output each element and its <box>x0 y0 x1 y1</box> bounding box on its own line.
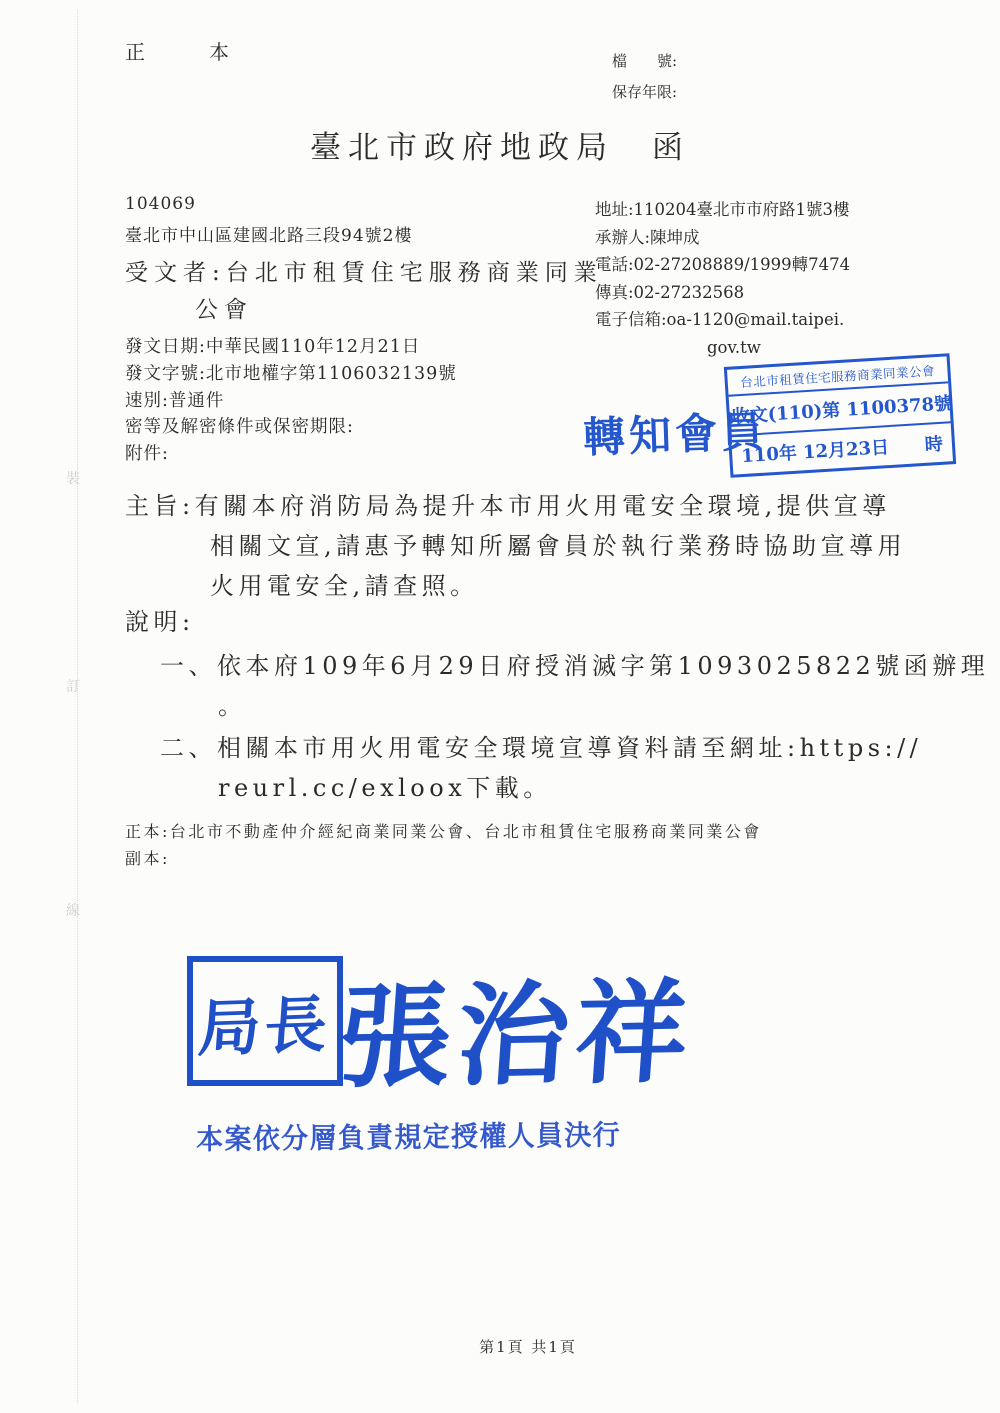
contact-officer: 承辦人:陳坤成 <box>595 224 850 252</box>
subject-section: 主旨: 有關本府消防局為提升本市用火用電安全環境,提供宣導 相關文宣,請惠予轉知… <box>125 486 906 606</box>
recipient-block: 104069 臺北市中山區建國北路三段94號2樓 受文者:台北市租賃住宅服務商業… <box>125 194 603 324</box>
director-signature-stamp: 張治祥 <box>334 943 700 1110</box>
description-label: 說明: <box>125 602 195 642</box>
sender-contact-block: 地址:110204臺北市市府路1號3樓 承辦人:陳坤成 電話:02-272088… <box>595 196 850 361</box>
delivery-speed: 速別:普通件 <box>125 388 457 415</box>
recipient-zip-code: 104069 <box>125 194 603 214</box>
director-title-text: 局長 <box>196 974 335 1068</box>
item1-line2: 。 <box>218 686 989 726</box>
security-classification: 密等及解密條件或保密期限: <box>125 414 457 441</box>
receipt-stamp: 台北市租賃住宅服務商業同業公會 收文(110)第 1100378號 110年 1… <box>724 353 956 478</box>
binding-dotted-line <box>77 10 78 1403</box>
recipient-address: 臺北市中山區建國北路三段94號2樓 <box>125 221 603 246</box>
attachment-label: 附件: <box>125 441 457 468</box>
item2-line1: 二、相關本市用火用電安全環境宣導資料請至網址:https:// <box>160 728 922 768</box>
copy-type-label: 正 本 <box>125 36 251 65</box>
description-item-2: 二、相關本市用火用電安全環境宣導資料請至網址:https:// reurl.cc… <box>160 728 922 808</box>
subject-line3: 火用電安全,請查照。 <box>210 566 906 606</box>
item1-line1: 一、依本府109年6月29日府授消滅字第1093025822號函辦理 <box>160 646 989 686</box>
retention-period-label: 保存年限: <box>612 77 677 108</box>
item2-line2-url: reurl.cc/exloox下載。 <box>218 768 922 808</box>
subject-line2: 相關文宣,請惠予轉知所屬會員於執行業務時協助宣導用 <box>210 526 906 566</box>
authorization-stamp: 本案依分層負責規定授權人員決行 <box>196 1113 621 1158</box>
contact-email-line2: gov.tw <box>707 334 850 362</box>
binding-mark-xian: 線 <box>66 900 80 920</box>
copy-to-line: 正本:台北市不動產仲介經紀商業同業公會、台北市租賃住宅服務商業同業公會 <box>125 818 762 845</box>
issue-date: 發文日期:中華民國110年12月21日 <box>125 334 457 361</box>
binding-mark-zhuang: 裝 <box>66 468 80 488</box>
file-number-label: 檔 號: <box>612 46 677 77</box>
document-title: 臺北市政府地政局 函 <box>0 122 1000 167</box>
contact-fax: 傳真:02-27232568 <box>595 279 850 307</box>
document-number: 發文字號:北市地權字第1106032139號 <box>125 361 457 388</box>
recipient-name-line2: 公會 <box>195 291 603 324</box>
file-retention-block: 檔 號: 保存年限: <box>612 46 677 108</box>
director-title-stamp: 局長 <box>187 956 343 1086</box>
cc-line: 副本: <box>125 845 762 872</box>
page-number: 第1頁 共1頁 <box>0 1336 1000 1357</box>
description-item-1: 一、依本府109年6月29日府授消滅字第1093025822號函辦理 。 <box>160 646 989 726</box>
sender-address: 地址:110204臺北市市府路1號3樓 <box>595 196 850 224</box>
contact-email-line1: 電子信箱:oa-1120@mail.taipei. <box>595 306 850 334</box>
contact-phone: 電話:02-27208889/1999轉7474 <box>595 251 850 279</box>
subject-label: 主旨: <box>125 486 195 526</box>
distribution-block: 正本:台北市不動產仲介經紀商業同業公會、台北市租賃住宅服務商業同業公會 副本: <box>125 818 762 872</box>
recipient-name-line1: 受文者:台北市租賃住宅服務商業同業 <box>125 254 603 287</box>
binding-mark-ding: 訂 <box>66 676 80 696</box>
subject-line1: 有關本府消防局為提升本市用火用電安全環境,提供宣導 <box>195 486 891 526</box>
scanned-official-letter: 裝 訂 線 正 本 檔 號: 保存年限: 臺北市政府地政局 函 104069 臺… <box>0 0 1000 1413</box>
document-meta-block: 發文日期:中華民國110年12月21日 發文字號:北市地權字第110603213… <box>125 334 457 468</box>
